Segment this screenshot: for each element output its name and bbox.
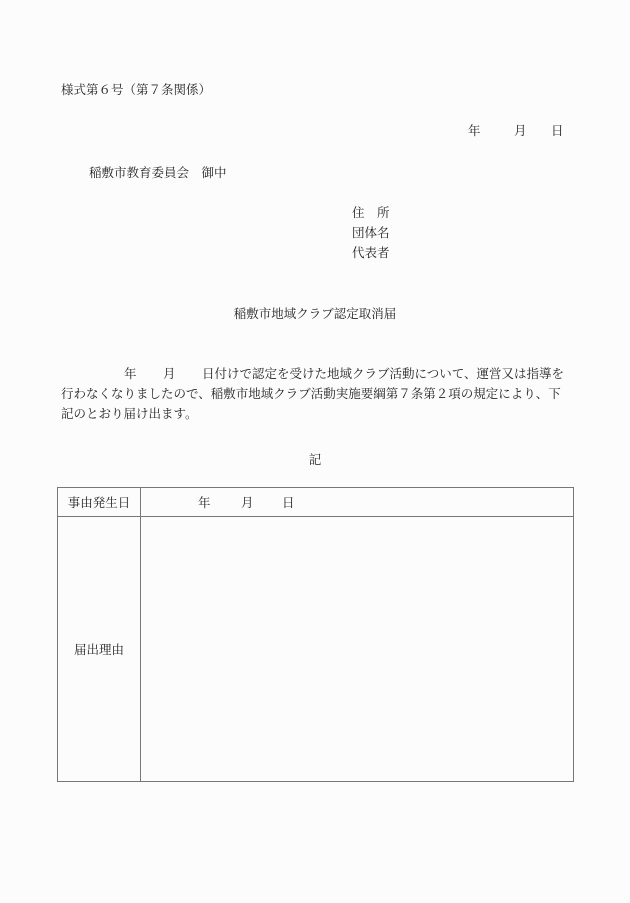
occurrence-date-label: 事由発生日	[58, 488, 141, 517]
body-line-1-text: 日付けで認定を受けた地域クラブ活動について、運営又は指導を	[202, 366, 564, 381]
document-title: 稲敷市地域クラブ認定取消届	[0, 304, 630, 322]
table-row: 届出理由	[58, 517, 574, 782]
date-day-label: 日	[551, 121, 564, 139]
date-year-label: 年	[468, 121, 510, 139]
applicant-block: 住 所 団体名 代表者	[352, 203, 390, 263]
record-table: 事由発生日 年 月 日 届出理由	[57, 487, 574, 782]
address-label: 住 所	[352, 203, 390, 223]
date-month-label: 月	[514, 121, 547, 139]
occurrence-date-field[interactable]: 年 月 日	[141, 488, 574, 517]
ki-heading: 記	[0, 450, 630, 468]
reason-label: 届出理由	[58, 517, 141, 782]
addressee: 稲敷市教育委員会 御中	[89, 163, 227, 181]
form-number: 様式第６号（第７条関係）	[61, 80, 211, 98]
body-line-3: 記のとおり届け出ます。	[61, 404, 581, 424]
occurrence-month: 月	[241, 493, 278, 511]
reason-field[interactable]	[141, 517, 574, 782]
table-row: 事由発生日 年 月 日	[58, 488, 574, 517]
body-year: 年	[124, 364, 163, 384]
occurrence-day: 日	[282, 493, 295, 511]
representative-label: 代表者	[352, 243, 390, 263]
body-line-1: 年月日付けで認定を受けた地域クラブ活動について、運営又は指導を	[61, 364, 581, 384]
organization-name-label: 団体名	[352, 223, 390, 243]
submission-date: 年 月 日	[468, 121, 563, 139]
body-line-2: 行わなくなりましたので、稲敷市地域クラブ活動実施要綱第７条第２項の規定により、下	[61, 384, 581, 404]
occurrence-year: 年	[198, 493, 237, 511]
body-month: 月	[163, 364, 202, 384]
body-paragraph: 年月日付けで認定を受けた地域クラブ活動について、運営又は指導を 行わなくなりまし…	[61, 364, 581, 424]
